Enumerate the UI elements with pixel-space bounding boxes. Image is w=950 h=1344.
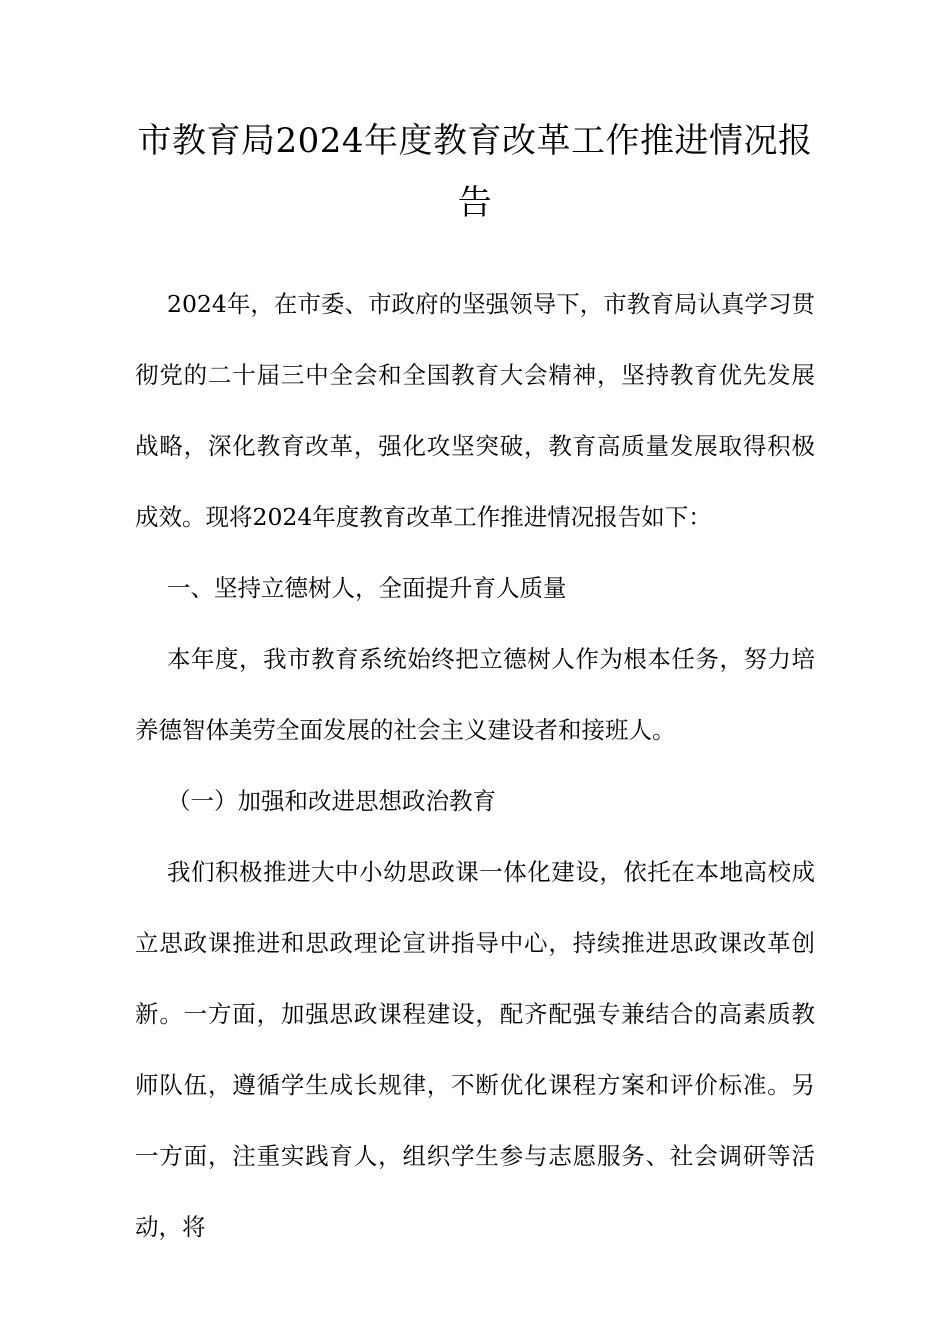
document-content: 市教育局2024年度教育改革工作推进情况报告 2024年，在市委、市政府的坚强领… — [135, 0, 815, 1263]
body-paragraph-subsection-1-1: 我们积极推进大中小幼思政课一体化建设，依托在本地高校成立思政课推进和思政理论宣讲… — [135, 837, 815, 1263]
document-page: 市教育局2024年度教育改革工作推进情况报告 2024年，在市委、市政府的坚强领… — [0, 0, 950, 1344]
heading-section-1: 一、坚持立德树人，全面提升育人质量 — [135, 553, 815, 624]
document-body: 2024年，在市委、市政府的坚强领导下，市教育局认真学习贯彻党的二十届三中全会和… — [135, 269, 815, 1263]
body-paragraph-intro: 2024年，在市委、市政府的坚强领导下，市教育局认真学习贯彻党的二十届三中全会和… — [135, 269, 815, 553]
heading-subsection-1-1: （一）加强和改进思想政治教育 — [135, 766, 815, 837]
document-title: 市教育局2024年度教育改革工作推进情况报告 — [135, 110, 815, 234]
body-paragraph-section-1: 本年度，我市教育系统始终把立德树人作为根本任务，努力培养德智体美劳全面发展的社会… — [135, 624, 815, 766]
